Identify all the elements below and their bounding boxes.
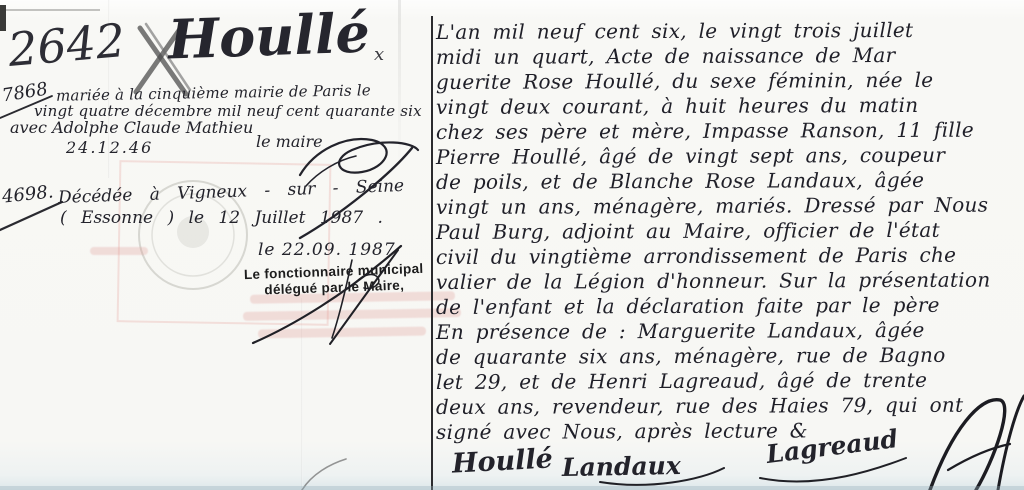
faded-pink-stamp-text-line (258, 327, 426, 339)
act-text-line: valier de la Légion d'honneur. Sur la pr… (436, 268, 991, 294)
death-ref-number: 4698. (1, 181, 54, 207)
act-text-line: de quarante six ans, ménagère, rue de Ba… (436, 343, 946, 369)
act-text-line: deux ans, revendeur, rue des Haies 79, q… (436, 393, 964, 419)
scan-bottom-edge (0, 486, 1024, 490)
act-text-line: L'an mil neuf cent six, le vingt trois j… (436, 18, 913, 44)
scanned-birth-certificate: 2642 Houllé x 7868 mariée à la cinquième… (0, 0, 1024, 490)
act-text-line: vingt deux courant, à huit heures du mat… (436, 93, 919, 119)
faded-pink-stamp-text-line (90, 247, 148, 255)
paper-crease-bottom (301, 298, 303, 490)
municipal-official-stamp: Le fonctionnaire municipal délégué par l… (243, 261, 424, 299)
act-text-line: midi un quart, Acte de naissance de Mar (436, 43, 896, 69)
surname-header: Houllé (167, 1, 371, 72)
death-note-stamp-date: le 22.09. 1987 (258, 240, 396, 260)
signature-houlle: Houllé (451, 443, 553, 479)
act-text-line: civil du vingtième arrondissement de Par… (436, 243, 956, 269)
marriage-note-line3: avec Adolphe Claude Mathieu (10, 118, 253, 137)
paper-edge-mark-corner (0, 5, 6, 31)
paper-edge-shadow-top (0, 9, 100, 11)
death-note-line2: ( Essonne ) le 12 Juillet 1987 . (60, 208, 383, 228)
act-text-line: Paul Burg, adjoint au Maire, officier de… (436, 218, 940, 244)
column-divider-rule (431, 16, 433, 490)
act-text-line: de poils, et de Blanche Rose Landaux, âg… (436, 168, 924, 194)
act-text-line: let 29, et de Henri Lagreaud, âgé de tre… (436, 368, 927, 394)
act-text-line: chez ses père et mère, Impasse Ranson, 1… (436, 118, 974, 144)
center-fold-shadow (398, 0, 401, 170)
act-text-line: En présence de : Marguerite Landaux, âgé… (436, 318, 925, 344)
act-text-line: Pierre Houllé, âgé de vingt sept ans, co… (436, 143, 945, 169)
act-number: 2642 (6, 13, 127, 77)
act-text-line: vingt un ans, ménagère, mariés. Dressé p… (436, 193, 988, 219)
signature-landaux: Landaux (562, 451, 681, 482)
act-text-line: guerite Rose Houllé, du sexe féminin, né… (436, 68, 934, 94)
act-text-line: de l'enfant et la déclaration faite par … (436, 293, 940, 319)
act-text-line: signé avec Nous, après lecture & (436, 418, 808, 444)
maire-caption: le maire (256, 132, 323, 151)
marriage-note-date: 24.12.46 (66, 138, 153, 157)
surname-annotation-x-mark: x (374, 44, 384, 65)
